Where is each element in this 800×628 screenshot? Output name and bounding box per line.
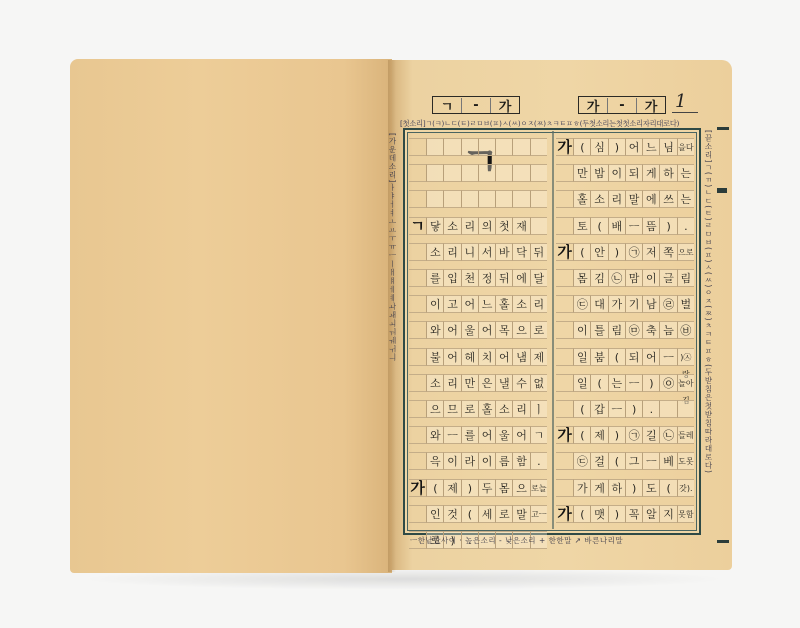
row-lead-char [556,348,573,366]
grid-cell: 헤 [461,348,478,366]
grid-cell: 맘 [625,269,642,287]
grid-cell: 뒤 [495,269,512,287]
grid-cell [495,138,512,156]
grid-cell: 소 [443,217,460,235]
row-lead-char [409,426,426,444]
grid-cell: 일 [573,374,590,392]
grid-cell: 몸 [573,269,590,287]
grid-cell [478,164,495,182]
grid-cell: 소 [512,295,529,313]
grid-cell: ㉣ [659,295,676,313]
grid-cell: ( [461,505,478,523]
grid-cell: 로늘 [530,479,547,497]
grid-row: 가(제)두몸으로늘 [409,479,547,497]
grid-cell: ( [573,243,590,261]
grid-cell: 에 [512,269,529,287]
grid-cell: 느 [478,295,495,313]
grid-cell: 만 [573,164,590,182]
grid-cell: ㅡ [443,426,460,444]
grid-cell: 제 [530,348,547,366]
grid-cell: 홀 [478,400,495,418]
grid-cell: 림 [677,269,694,287]
grid-cell: 갓). [677,479,694,497]
grid-cell: 님 [659,138,676,156]
grid-cell: 심 [590,138,607,156]
grid-cell: ( [573,138,590,156]
grid-cell: 하 [608,479,625,497]
margin-tick [717,188,727,193]
grid-cell: ) [625,400,642,418]
grid-cell [461,138,478,156]
left-page [70,59,392,573]
row-lead-char [409,164,426,182]
grid-cell: 첫 [495,217,512,235]
grid-cell [677,400,694,418]
footer-legend: ㅡ한낱말사이 · 높은소리 - 낮은소리 + 한한말 ↗ 바른나리말 [410,535,700,546]
title-char: - [607,98,637,113]
row-lead-char [409,400,426,418]
grid-cell: 바 [495,243,512,261]
grid-cell: ㅡ [642,452,659,470]
grid-cell: ( [659,479,676,497]
grid-cell: ( [590,374,607,392]
grid-cell: 제 [590,426,607,444]
grid-cell: 안 [590,243,607,261]
grid-cell: 만 [461,374,478,392]
grid-cell: ( [590,217,607,235]
grid-cell: 고 [443,295,460,313]
grid-cell: ㅣ [530,400,547,418]
grid-cell: 홀 [573,190,590,208]
grid-cell: ㉧ [659,374,676,392]
margin-tick [717,127,729,130]
row-lead-char [556,269,573,287]
page-number: 1 [675,91,686,112]
grid-cell: 소 [426,243,443,261]
grid-row: 홀소리말에쓰는 [556,190,694,208]
grid-row: 으므로홀소리ㅣ [409,400,547,418]
row-lead-char: 가 [556,243,573,261]
grid-cell: 지 [659,505,676,523]
grid-cell: 재 [512,217,529,235]
grid-row: 윽이라이름함. [409,452,547,470]
grid-cell: 게 [642,164,659,182]
grid-cell: 낼 [495,374,512,392]
grid-cell: 게 [590,479,607,497]
grid-cell: 는 [677,164,694,182]
title-char: ㄱ [433,96,461,115]
grid-cell: 말 [625,190,642,208]
grid-cell: ㉢ [573,452,590,470]
grid-row: 일붐(되어ㅡ)㉦랑 [556,348,694,366]
grid-row: 인것(세로말고ㅡ [409,505,547,523]
grid-cell: 닥 [512,243,529,261]
grid-cell [426,138,443,156]
row-lead-char: 가 [556,505,573,523]
grid-cell: 의 [478,217,495,235]
grid-cell: 남 [642,295,659,313]
grid-cell [426,164,443,182]
grid-cell [495,164,512,182]
grid-cell: 입 [443,269,460,287]
title-box-1: ㄱ - 가 [432,96,520,114]
grid-cell: 와 [426,321,443,339]
grid-cell: ㉠ [625,243,642,261]
grid-cell: . [677,217,694,235]
grid-cell: 리 [443,374,460,392]
grid-cell: 어 [625,138,642,156]
grid-cell: 로 [461,400,478,418]
grid-cell [512,190,529,208]
grid-row: 소리만은낼수없 [409,374,547,392]
grid-cell: 으 [512,321,529,339]
grid-cell: 리 [530,295,547,313]
grid-row: 가(맷)꼭알지못함 [556,505,694,523]
grid-cell: 냄 [512,348,529,366]
grid-cell: ㅡ [659,348,676,366]
row-lead-char [409,505,426,523]
grid-row: 불어헤치어냄제 [409,348,547,366]
margin-tick [717,540,729,543]
grid-cell: ㅡ [625,217,642,235]
title-box-2: 가 - 가 [578,96,666,114]
title-char: - [461,98,491,113]
grid-cell: ㄱ [530,426,547,444]
grid-cell: 기 [625,295,642,313]
grid-cell: ( [608,452,625,470]
grid-cell: 목 [495,321,512,339]
grid-cell: . [642,400,659,418]
grid-cell: ( [573,400,590,418]
grid-cell: 글 [659,269,676,287]
grid-row: 와어울어목으로 [409,321,547,339]
grid-cell: 가 [608,295,625,313]
grid-cell: 벌 [677,295,694,313]
grid-row: 소리니서바닥뒤 [409,243,547,261]
row-lead-char [556,164,573,182]
grid-row: (갑ㅡ). [556,400,694,418]
grid-cell: 윽 [426,452,443,470]
grid-cell: ㉠ [625,426,642,444]
grid-cell: 울 [495,426,512,444]
grid-cell: 것 [443,505,460,523]
grid-row: 일(는ㅡ)㉧놀아김 [556,374,694,392]
grid-cell [461,164,478,182]
grid-row: ㄱ닿소리의첫재 [409,217,547,235]
grid-cell: 하 [659,164,676,182]
grid-cell: 로 [495,505,512,523]
grid-cell: 어 [478,426,495,444]
grid-cell: 축 [642,321,659,339]
grid-cell [659,400,676,418]
grid-cell: ) [608,243,625,261]
grid-cell: 도못 [677,452,694,470]
grid-cell: ㉤ [625,321,642,339]
grid-cell: 고ㅡ [530,505,547,523]
grid-cell: ( [426,479,443,497]
grid-cell: 서 [478,243,495,261]
row-lead-char [409,190,426,208]
grid-cell: 에 [642,190,659,208]
left-text-column: ㄱ닿소리의첫재소리니서바닥뒤를입천정뒤에달이고어느홀소리와어울어목으로불어헤치어… [409,134,547,527]
grid-cell: 붐 [590,348,607,366]
row-lead-char [409,348,426,366]
grid-cell: ( [573,505,590,523]
row-lead-char: ㄱ [409,217,426,235]
grid-row: 가(심)어느님을다 [556,138,694,156]
grid-cell [512,164,529,182]
grid-cell: 이 [608,164,625,182]
grid-cell: 들레 [677,426,694,444]
grid-cell: 니 [461,243,478,261]
final-consonant-margin-strip: [끝소리]ㄱ(ㄲ)ㄴㄷ(ㅌ)ㄹㅁㅂ(ㅍ)ㅅ(ㅆ)ㅇㅈ(ㅉ)ㅊㅋㅌㅍㅎ(두받침은첫… [700,130,714,530]
title-char: 가 [637,96,665,115]
grid-cell: 두 [478,479,495,497]
row-lead-char [409,452,426,470]
row-lead-char: 가 [409,479,426,497]
grid-cell: 몸 [495,479,512,497]
row-lead-char [409,138,426,156]
grid-cell: ㅡ [608,400,625,418]
grid-cell [443,138,460,156]
grid-cell: 소 [590,190,607,208]
grid-cell: 저 [642,243,659,261]
row-lead-char [409,243,426,261]
grid-cell: ㉥ [677,321,694,339]
row-lead-char [556,400,573,418]
grid-cell [530,164,547,182]
grid-cell: 쪽 [659,243,676,261]
grid-cell [461,190,478,208]
grid-cell: 리 [512,400,529,418]
grid-cell [530,217,547,235]
grid-row: ㉢걸(그ㅡ베도못 [556,452,694,470]
grid-cell: 라 [461,452,478,470]
grid-cell: 제 [443,479,460,497]
grid-cell: ㉢ [573,295,590,313]
row-lead-char [556,452,573,470]
grid-cell [530,138,547,156]
grid-cell: ) [608,138,625,156]
grid-row: 를입천정뒤에달 [409,269,547,287]
grid-cell: ㉡ [608,269,625,287]
grid-cell: ) [608,426,625,444]
row-lead-char: 가 [556,138,573,156]
grid-cell: . [530,452,547,470]
grid-cell: 정 [478,269,495,287]
grid-cell: 밤 [590,164,607,182]
grid-cell: 달 [530,269,547,287]
grid-cell: 뒤 [530,243,547,261]
grid-cell: 어 [443,321,460,339]
row-lead-char: 가 [556,426,573,444]
grid-cell: 소 [495,400,512,418]
grid-cell: 알 [642,505,659,523]
grid-cell: 리 [461,217,478,235]
grid-cell: 꼭 [625,505,642,523]
grid-cell: 쓰 [659,190,676,208]
grid-row: 가(안)㉠저쪽으로 [556,243,694,261]
grid-cell: 와 [426,426,443,444]
grid-cell: 어 [642,348,659,366]
grid-cell: 이 [642,269,659,287]
grid-row: 만밤이되게하는 [556,164,694,182]
grid-cell: 로 [530,321,547,339]
grid-cell: 인 [426,505,443,523]
grid-cell: 불 [426,348,443,366]
grid-cell: 리 [443,243,460,261]
grid-cell: 말 [512,505,529,523]
grid-cell: 길 [642,426,659,444]
title-char: 가 [579,96,607,115]
grid-cell: 를 [426,269,443,287]
grid-cell: 리 [608,190,625,208]
grid-cell: ( [608,348,625,366]
grid-row: 이고어느홀소리 [409,295,547,313]
row-lead-char [556,217,573,235]
grid-cell: 느 [642,138,659,156]
grid-cell [443,164,460,182]
grid-cell: 름 [495,452,512,470]
grid-cell: ) [461,479,478,497]
grid-cell: 으로 [677,243,694,261]
grid-cell: 어 [478,321,495,339]
grid-cell: 수 [512,374,529,392]
grid-cell: 맷 [590,505,607,523]
grid-cell: ) [608,505,625,523]
grid-cell: 가 [573,479,590,497]
grid-cell: 배 [608,217,625,235]
grid-cell: 으 [512,479,529,497]
row-lead-char [556,321,573,339]
grid-cell: 울 [461,321,478,339]
grid-cell: 세 [478,505,495,523]
grid-cell: )㉦랑 [677,348,694,366]
grid-cell: 이 [573,321,590,339]
page-number-underline [672,112,698,113]
grid-cell: 이 [426,295,443,313]
grid-cell: 토 [573,217,590,235]
grid-cell: 대 [590,295,607,313]
grid-cell: 놀아김 [677,374,694,392]
grid-cell: 베 [659,452,676,470]
grid-cell: 틀 [590,321,607,339]
grid-cell [530,190,547,208]
grid-cell: 홀 [495,295,512,313]
grid-cell: 도 [642,479,659,497]
grid-cell: ) [642,374,659,392]
grid-cell: 천 [461,269,478,287]
row-lead-char [556,295,573,313]
grid-cell: 을다 [677,138,694,156]
grid-cell: 함 [512,452,529,470]
vowel-margin-strip: [가운데소리]ㅏㅑㅓㅕㅗㅛㅜㅠㅡㅣㅐㅒㅔㅖㅘㅙㅚㅝㅞㅟㅢ [384,133,398,528]
grid-cell: 김 [590,269,607,287]
grid-cell: 없 [530,374,547,392]
row-lead-char [556,479,573,497]
grid-cell: 므 [443,400,460,418]
grid-cell: 으 [426,400,443,418]
grid-cell [478,138,495,156]
grid-row: 몸김㉡맘이글림 [556,269,694,287]
row-lead-char [409,295,426,313]
grid-cell: 어 [443,348,460,366]
grid-cell: ) [659,217,676,235]
row-lead-char [409,374,426,392]
column-divider [552,131,554,529]
grid-cell: 되 [625,348,642,366]
grid-cell: 는 [608,374,625,392]
grid-cell: 이 [443,452,460,470]
grid-cell: 어 [495,348,512,366]
grid-cell: 림 [608,321,625,339]
grid-cell [443,190,460,208]
grid-cell [512,138,529,156]
right-text-column: 가(심)어느님을다만밤이되게하는홀소리말에쓰는토(배ㅡ뜸).가(안)㉠저쪽으로몸… [556,134,694,527]
grid-row [409,190,547,208]
grid-row: 가(제)㉠길㉡들레 [556,426,694,444]
grid-cell: 는 [677,190,694,208]
grid-cell: 못함 [677,505,694,523]
grid-cell: ( [573,426,590,444]
grid-cell: 은 [478,374,495,392]
grid-row: 와ㅡ를어울어ㄱ [409,426,547,444]
row-lead-char [409,269,426,287]
grid-cell [495,190,512,208]
row-lead-char [556,374,573,392]
grid-cell [478,190,495,208]
grid-cell: 이 [478,452,495,470]
grid-cell: 닿 [426,217,443,235]
row-lead-char [409,321,426,339]
grid-cell: 되 [625,164,642,182]
grid-cell: 일 [573,348,590,366]
grid-cell: 를 [461,426,478,444]
grid-cell: 늠 [659,321,676,339]
grid-cell: 어 [512,426,529,444]
grid-cell: 그 [625,452,642,470]
grid-cell: 치 [478,348,495,366]
grid-cell: 갑 [590,400,607,418]
grid-cell: 뜸 [642,217,659,235]
grid-cell: 소 [426,374,443,392]
title-char: 가 [491,96,519,115]
row-lead-char [556,190,573,208]
grid-cell: 걸 [590,452,607,470]
grid-row: 토(배ㅡ뜸). [556,217,694,235]
grid-row [409,138,547,156]
grid-cell: ) [625,479,642,497]
grid-row: 가게하)도(갓). [556,479,694,497]
grid-cell: ㅡ [625,374,642,392]
grid-cell: 어 [461,295,478,313]
grid-cell: ㉡ [659,426,676,444]
grid-cell [426,190,443,208]
grid-row: ㉢대가기남㉣벌 [556,295,694,313]
grid-row [409,164,547,182]
grid-row: 이틀림㉤축늠㉥ [556,321,694,339]
